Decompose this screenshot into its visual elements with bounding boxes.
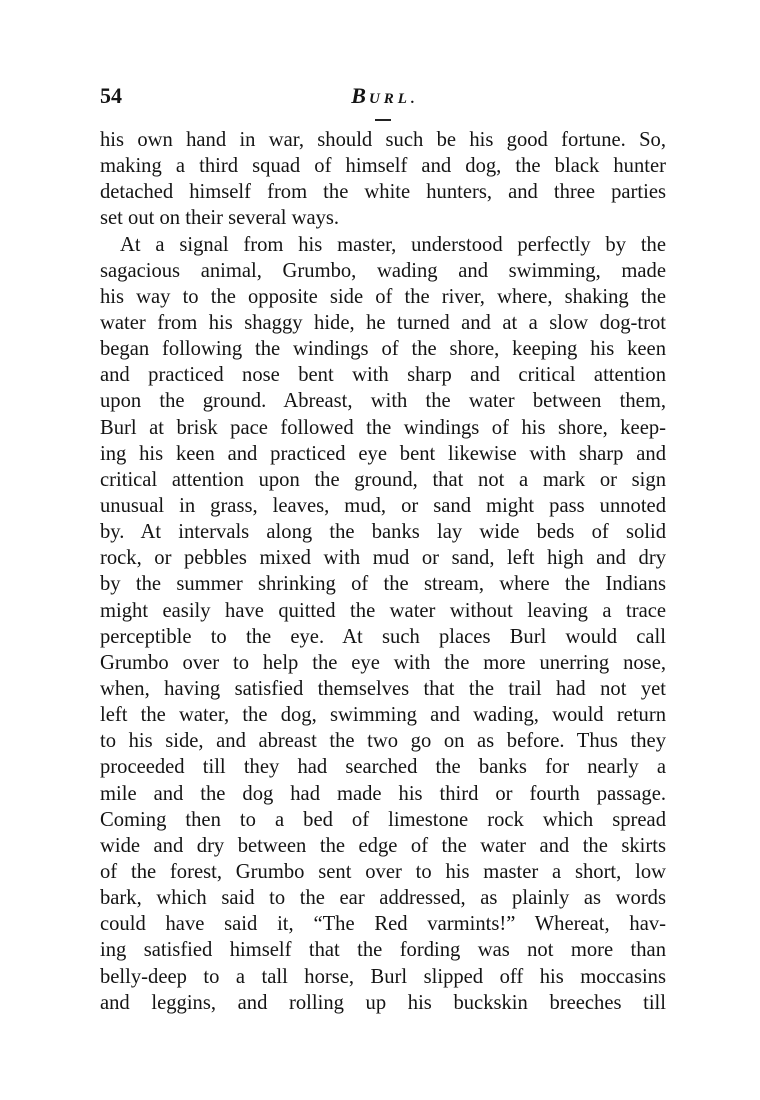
text-line: critical attention upon the ground, that… [100, 467, 666, 493]
text-line: by. At intervals along the banks lay wid… [100, 519, 666, 545]
text-line: mile and the dog had made his third or f… [100, 781, 666, 807]
header-rule [375, 119, 391, 121]
text-line: water from his shaggy hide, he turned an… [100, 310, 666, 336]
text-line: detached himself from the white hunters,… [100, 179, 666, 205]
text-line: proceeded till they had searched the ban… [100, 754, 666, 780]
text-line: Grumbo over to help the eye with the mor… [100, 650, 666, 676]
text-line: bark, which said to the ear addressed, a… [100, 885, 666, 911]
text-line: of the forest, Grumbo sent over to his m… [100, 859, 666, 885]
text-line: might easily have quitted the water with… [100, 598, 666, 624]
text-line: belly-deep to a tall horse, Burl slipped… [100, 964, 666, 990]
text-line: set out on their several ways. [100, 205, 666, 231]
text-line: ing his keen and practiced eye bent like… [100, 441, 666, 467]
text-line: ing satisfied himself that the fording w… [100, 937, 666, 963]
text-line: his own hand in war, should such be his … [100, 127, 666, 153]
text-line: Coming then to a bed of limestone rock w… [100, 807, 666, 833]
text-line: sagacious animal, Grumbo, wading and swi… [100, 258, 666, 284]
text-line: by the summer shrinking of the stream, w… [100, 571, 666, 597]
text-line: Burl at brisk pace followed the windings… [100, 415, 666, 441]
text-line: his way to the opposite side of the rive… [100, 284, 666, 310]
running-title: BURL. [300, 84, 470, 111]
text-line: began following the windings of the shor… [100, 336, 666, 362]
text-line: perceptible to the eye. At such places B… [100, 624, 666, 650]
running-title-initial: B [351, 83, 369, 108]
running-title-rest: URL. [369, 91, 419, 107]
page-number: 54 [100, 84, 122, 108]
text-line: wide and dry between the edge of the wat… [100, 833, 666, 859]
text-line: when, having satisfied themselves that t… [100, 676, 666, 702]
text-line: left the water, the dog, swimming and wa… [100, 702, 666, 728]
text-line: to his side, and abreast the two go on a… [100, 728, 666, 754]
body-text: his own hand in war, should such be his … [100, 127, 666, 1016]
book-page: 54 BURL. his own hand in war, should suc… [0, 0, 760, 1100]
text-line: upon the ground. Abreast, with the water… [100, 388, 666, 414]
paragraph: his own hand in war, should such be his … [100, 127, 666, 232]
text-line: making a third squad of himself and dog,… [100, 153, 666, 179]
text-line: unusual in grass, leaves, mud, or sand m… [100, 493, 666, 519]
text-line: At a signal from his master, understood … [100, 232, 666, 258]
text-line: and practiced nose bent with sharp and c… [100, 362, 666, 388]
text-line: could have said it, “The Red varmints!” … [100, 911, 666, 937]
paragraph: At a signal from his master, understood … [100, 232, 666, 1016]
text-line: and leggins, and rolling up his buckskin… [100, 990, 666, 1016]
text-line: rock, or pebbles mixed with mud or sand,… [100, 545, 666, 571]
